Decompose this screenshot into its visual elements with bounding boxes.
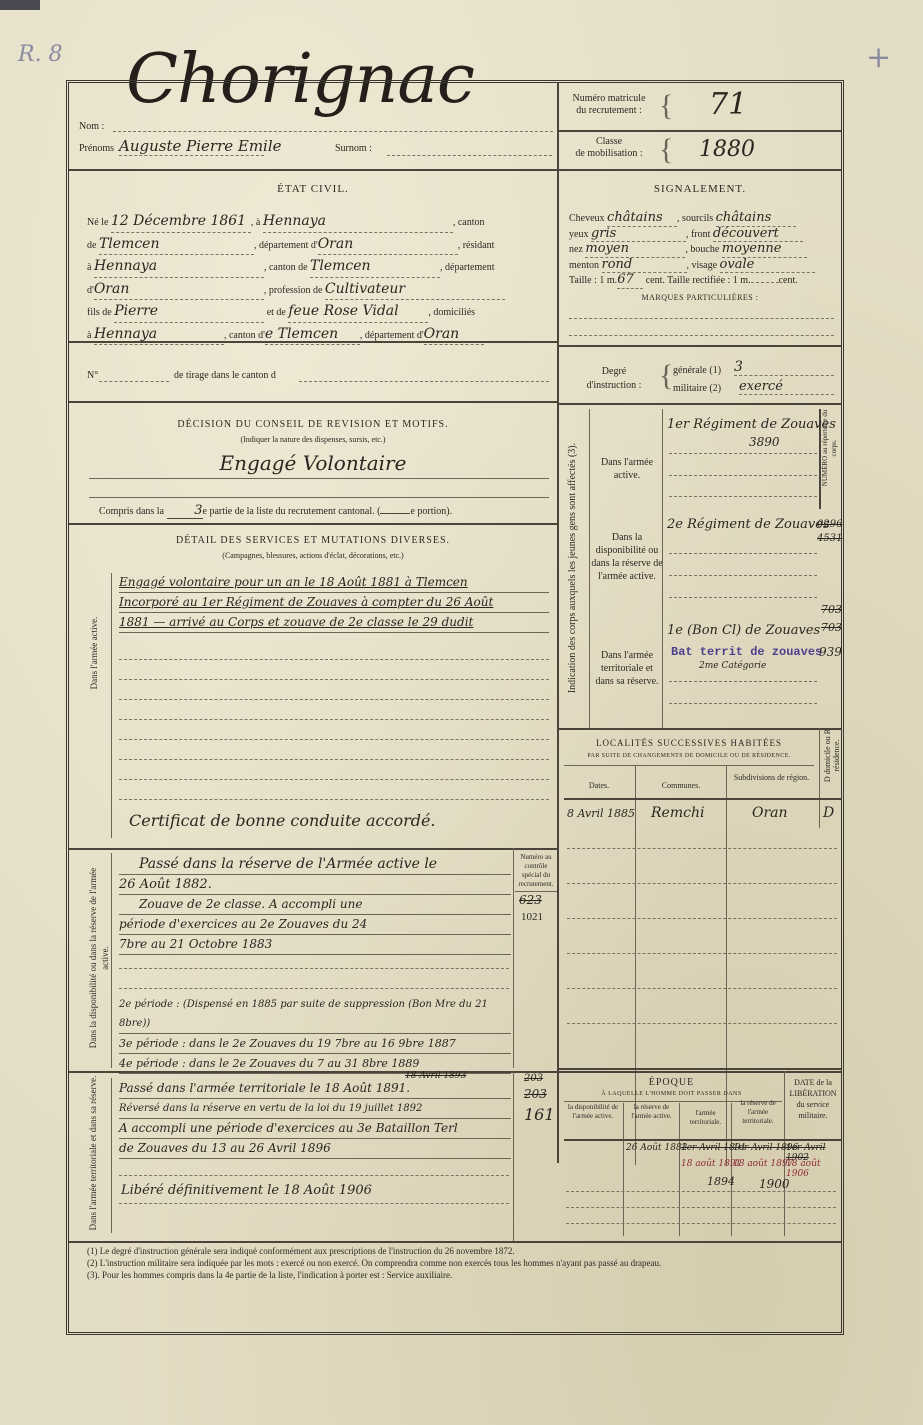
corps-vertical-title: Indication des corps auxquels les jeunes…: [567, 413, 578, 723]
services-reserve-line: Passé dans la réserve de l'Armée active …: [119, 855, 511, 875]
localites-empty-row: [567, 918, 837, 919]
de-label: de: [87, 240, 96, 251]
corps-territoriale-note: 2me Catégorie: [699, 661, 766, 671]
tirage-bottom-rule: [69, 401, 557, 403]
services-active-bottom-rule: [69, 848, 557, 850]
residant-label: , résidant: [458, 240, 495, 251]
front-value: découvert: [713, 227, 803, 243]
pere-value: Pierre: [114, 301, 264, 323]
signalement-body: Cheveux châtains, sourcils châtains yeux…: [569, 211, 839, 289]
header-bottom-rule: [69, 169, 841, 171]
etat-civil-line-4: d'Oran, profession de Cultivateur: [87, 279, 553, 302]
etat-civil-title: ÉTAT CIVIL.: [69, 183, 557, 195]
services-line: [119, 699, 549, 700]
tirage-number-field: [99, 381, 169, 382]
cent-label: cent.: [779, 275, 798, 286]
corps-territoriale-stamp: Bat territ de zouaves: [671, 645, 822, 659]
sourcils-value: châtains: [716, 211, 796, 227]
cheveux-label: Cheveux: [569, 213, 605, 224]
dom-canton-label: , canton d': [224, 330, 265, 341]
services-territoriale-line: de Zouaves du 13 au 26 Avril 1896: [119, 1139, 511, 1159]
signalement-title: SIGNALEMENT.: [559, 183, 841, 195]
taille-value: 67: [617, 273, 643, 289]
localites-empty-row: [567, 848, 837, 849]
services-reserve-line: période d'exercices au 2e Zouaves du 24: [119, 915, 511, 935]
localites-empty-row: [567, 953, 837, 954]
matricule-label-line2: du recrutement :: [576, 105, 642, 116]
menton-label: menton: [569, 260, 599, 271]
taille-rectifiee-label: cent. Taille rectifiée : 1 m.: [646, 275, 751, 286]
prenoms-value: Auguste Pierre Emile: [119, 137, 282, 155]
epoque-subtitle: À LAQUELLE L'HOMME DOIT PASSER DANS: [559, 1091, 784, 1097]
etat-civil-line-1: Né le 12 Décembre 1861, à Hennaya, canto…: [87, 211, 553, 234]
instruction-generale-value: 3: [734, 359, 834, 376]
signalement-line-5: Taille : 1 m.67 cent. Taille rectifiée :…: [569, 273, 839, 289]
corps-reserve-line: [669, 575, 817, 576]
localites-col-communes: Communes.: [636, 781, 726, 790]
corps-territoriale-line: [669, 681, 817, 682]
corps-reserve-label: Dans la disponibilité ou dans la réserve…: [591, 531, 663, 583]
compris-label: Compris dans la: [99, 506, 164, 517]
corps-reserve-line: [669, 597, 817, 598]
mere-value: feue Rose Vidal: [288, 301, 428, 323]
date-liberation-title: DATE de la LIBÉRATION du service militai…: [785, 1077, 841, 1121]
numero-controle-1: 623: [519, 893, 542, 907]
localites-subdivision: Oran: [752, 805, 788, 821]
canton-label: , canton: [453, 217, 485, 228]
territoriale-number-1: 203: [524, 1073, 543, 1084]
services-active-lines: Engagé volontaire pour un an le 18 Août …: [119, 573, 549, 633]
corps-reserve-number-2: 4531: [817, 533, 842, 544]
corps-divider: [589, 409, 590, 729]
footnote-1: (1) Le degré d'instruction générale sera…: [87, 1245, 837, 1257]
bouche-value: moyenne: [722, 242, 807, 258]
instruction-label: Degréd'instruction :: [574, 365, 654, 393]
epoque-line: [566, 1223, 836, 1224]
surnom-field: [387, 155, 552, 156]
matricule-value: 71: [709, 87, 747, 122]
footnotes-top-rule: [69, 1241, 841, 1243]
services-line: [119, 968, 509, 969]
epoque-title: ÉPOQUE: [559, 1077, 784, 1088]
services-line: [119, 759, 549, 760]
libere-definitivement: Libéré définitivement le 18 Août 1906: [121, 1183, 372, 1198]
corps-active-line: [669, 453, 817, 454]
bouche-label: , bouche: [685, 244, 719, 255]
signalement-line-1: Cheveux châtains, sourcils châtains: [569, 211, 839, 227]
services-territoriale-line: Passé dans l'armée territoriale le 18 Ao…: [119, 1079, 511, 1099]
corps-reserve-line: [669, 553, 817, 554]
services-active-line: Engagé volontaire pour un an le 18 Août …: [119, 573, 549, 593]
localites-rule: [564, 765, 814, 766]
territoriale-number-3: 161: [524, 1105, 555, 1124]
registry-form: Nom : Prénoms Auguste Pierre Emile Surno…: [66, 80, 844, 1335]
decision-line-1: [89, 478, 549, 479]
classe-label-line2: de mobilisation :: [575, 148, 642, 159]
taille-label: Taille : 1 m.: [569, 275, 617, 286]
ne-le-label: Né le: [87, 217, 108, 228]
services-line: [119, 659, 549, 660]
localites-bottom-rule: [559, 1068, 841, 1070]
dom-a-label: à: [87, 330, 91, 341]
decision-value: Engagé Volontaire: [69, 451, 557, 475]
services-territoriale-line: Réversé dans la réserve en vertu de la l…: [119, 1099, 511, 1119]
visage-value: ovale: [720, 258, 815, 274]
corps-territoriale-line: [669, 703, 817, 704]
periode-line: 2e période : (Dispensé en 1885 par suite…: [119, 995, 511, 1034]
services-line: [119, 988, 509, 989]
localites-header-rule: [564, 798, 841, 800]
a-label: , à: [251, 217, 260, 228]
yeux-value: gris: [591, 227, 686, 243]
residant-value: Hennaya: [94, 256, 264, 278]
front-label: , front: [686, 229, 710, 240]
departement2-prefix: d': [87, 285, 94, 296]
footnote-3: (3). Pour les hommes compris dans la 4e …: [87, 1269, 837, 1281]
corps-active-label: Dans l'armée active.: [591, 456, 663, 482]
marques-title: MARQUES PARTICULIÈRES :: [559, 293, 841, 302]
epoque-col-disponibilite: la disponibilité de l'armée active.: [563, 1103, 623, 1121]
localites-empty-row: [567, 1023, 837, 1024]
classe-value: 1880: [699, 137, 755, 162]
compris-value: 3: [167, 503, 203, 519]
corps-territoriale-value: 1e (Bon Cl) de Zouaves: [667, 623, 820, 638]
services-territoriale-side-label: Dans l'armée territoriale et dans sa rés…: [87, 1073, 99, 1233]
services-line: [119, 799, 549, 800]
brace: {: [659, 89, 673, 123]
ne-le-value: 12 Décembre 1861: [111, 211, 251, 233]
services-active-bracket: [111, 573, 112, 838]
prenoms-field: [119, 155, 264, 156]
corps-territoriale-label: Dans l'armée territoriale et dans sa rés…: [591, 649, 663, 688]
profession-label: , profession de: [264, 285, 323, 296]
margin-note-right: +: [866, 40, 891, 75]
services-title: DÉTAIL DES SERVICES ET MUTATIONS DIVERSE…: [69, 535, 557, 546]
localites-col-dates: Dates.: [564, 781, 634, 790]
dr-label: D domicile ou R résidence.: [823, 728, 841, 783]
scan-edge: [0, 0, 40, 10]
services-reserve-line: Zouave de 2e classe. A accompli une: [119, 895, 511, 915]
canton2-value: Tlemcen: [310, 256, 440, 278]
numero-controle-divider: [513, 848, 514, 1068]
footnote-2: (2) L'instruction militaire sera indiqué…: [87, 1257, 837, 1269]
signalement-line-3: nez moyen, bouche moyenne: [569, 242, 839, 258]
numero-controle-rule: [515, 891, 557, 892]
epoque-header-rule: [564, 1139, 841, 1141]
classe-label: Classede mobilisation :: [564, 136, 654, 160]
mere-label: et de: [267, 307, 286, 318]
departement-label: , département d': [254, 240, 318, 251]
matricule-label-line1: Numéro matricule: [572, 93, 645, 104]
corps-active-line: [669, 496, 817, 497]
instruction-militaire-value: exercé: [739, 379, 834, 395]
decision-bottom-rule: [69, 523, 557, 525]
header-divider: [559, 130, 841, 132]
numero-controle-label: Numéro au contrôle spécial du recrutemen…: [515, 853, 557, 889]
nez-label: nez: [569, 244, 583, 255]
services-subtitle: (Campagnes, blessures, actions d'éclat, …: [69, 551, 557, 560]
decision-line-2: [89, 497, 549, 498]
epoque-col-reserve-territoriale: la réserve de l'armée territoriale.: [732, 1099, 784, 1126]
corps-territoriale-number-3: 939: [819, 645, 842, 659]
localites-empty-row: [567, 988, 837, 989]
main-column-divider: [557, 83, 559, 1163]
numero-controle-2: 1021: [521, 911, 543, 923]
nez-value: moyen: [585, 242, 685, 258]
localites-title: LOCALITÉS SUCCESSIVES HABITÉES: [559, 738, 819, 748]
departement-value: Oran: [318, 234, 458, 256]
localites-empty-row: [567, 883, 837, 884]
epoque-col-territoriale: l'armée territoriale.: [680, 1109, 731, 1127]
corps-active-line: [669, 475, 817, 476]
corps-territoriale-number-1: 703: [821, 603, 842, 616]
epoque-reserve-active-value: 26 Août 1882: [626, 1143, 687, 1153]
nom-field: [113, 131, 553, 132]
corps-active-value: 1er Régiment de Zouaves: [667, 417, 836, 432]
certificat-bonne-conduite: Certificat de bonne conduite accordé.: [129, 811, 436, 830]
corps-territoriale-number-2: 703: [821, 621, 842, 634]
epoque-territoriale-new: 1894: [707, 1175, 735, 1188]
services-line: [119, 679, 549, 680]
etat-civil-bottom-rule: [69, 341, 557, 343]
instruction-generale-label: générale (1): [673, 365, 721, 376]
corps-bottom-rule: [559, 728, 841, 730]
services-reserve-side-label: Dans la disponibilité ou dans la réserve…: [87, 858, 111, 1058]
compris-label-2: e partie de la liste du recrutement cant…: [203, 506, 381, 517]
fils-label: fils de: [87, 307, 112, 318]
tirage-canton-label: de tirage dans le canton d: [174, 370, 276, 381]
localites-commune: Remchi: [651, 805, 704, 821]
portion-label: e portion).: [410, 506, 452, 517]
services-line: [119, 1175, 509, 1176]
compris-row: Compris dans la 3e partie de la liste du…: [99, 503, 452, 519]
departement2-value: Oran: [94, 279, 264, 301]
services-line: [119, 719, 549, 720]
epoque-col-divider: [623, 1103, 624, 1236]
portion-field: [380, 513, 410, 514]
surnom-label: Surnom :: [335, 143, 372, 154]
corps-reserve-number-1: 0296: [817, 519, 842, 530]
services-line: [119, 779, 549, 780]
margin-note-left: R. 8: [18, 42, 63, 67]
services-reserve-line: 26 Août 1882.: [119, 875, 511, 895]
corps-reserve-value: 2e Régiment de Zouaves: [667, 517, 830, 532]
periode-line: 3e période : dans le 2e Zouaves du 19 7b…: [119, 1034, 511, 1054]
profession-value: Cultivateur: [325, 279, 505, 301]
decision-title: DÉCISION DU CONSEIL DE REVISION ET MOTIF…: [69, 419, 557, 430]
epoque-reserve-terr-red: 18 août 1897: [733, 1159, 793, 1169]
localites-col-divider: [726, 765, 727, 1165]
epoque-line: [566, 1191, 836, 1192]
localites-date: 8 Avril 1885: [567, 807, 635, 820]
a-value: Hennaya: [263, 211, 453, 233]
cheveux-value: châtains: [607, 211, 677, 227]
services-active-line: 1881 — arrivé au Corps et zouave de 2e c…: [119, 613, 549, 633]
etat-civil-body: Né le 12 Décembre 1861, à Hennaya, canto…: [87, 211, 553, 346]
services-reserve-bracket: [111, 853, 112, 1068]
tirage-canton-field: [299, 381, 549, 382]
territoriale-number-divider: [513, 1071, 514, 1241]
canton2-label: , canton de: [264, 262, 308, 273]
prenoms-label: Prénoms: [79, 143, 114, 154]
brace: {: [659, 359, 673, 393]
matricule-label: Numéro matriculedu recrutement :: [564, 93, 654, 117]
marques-line-1: [569, 318, 834, 319]
domicilies-label: , domiciliés: [428, 307, 475, 318]
marques-line-2: [569, 335, 834, 336]
services-active-side-label: Dans l'armée active.: [89, 563, 99, 743]
yeux-label: yeux: [569, 229, 588, 240]
residant-a-label: à: [87, 262, 91, 273]
services-reserve-lines: Passé dans la réserve de l'Armée active …: [119, 855, 511, 955]
instruction-label-2: d'instruction :: [587, 380, 642, 391]
footnotes: (1) Le degré d'instruction générale sera…: [87, 1245, 837, 1281]
services-line: [119, 739, 549, 740]
visage-label: , visage: [687, 260, 718, 271]
localites-subtitle: PAR SUITE DE CHANGEMENTS DE DOMICILE OU …: [559, 753, 819, 759]
localites-dr: D: [823, 805, 834, 821]
etat-civil-line-2: de Tlemcen, département d'Oran, résidant: [87, 234, 553, 257]
taille-rectifiee-value: [751, 282, 779, 283]
sourcils-label: , sourcils: [677, 213, 713, 224]
etat-civil-line-3: à Hennaya, canton de Tlemcen, départemen…: [87, 256, 553, 279]
epoque-liberation-red: 18 août 1906: [786, 1159, 841, 1179]
signalement-line-2: yeux gris, front découvert: [569, 227, 839, 243]
instruction-bottom-rule: [559, 403, 841, 405]
services-reserve-line: 7bre au 21 Octobre 1883: [119, 935, 511, 955]
canton-value: Tlemcen: [99, 234, 254, 256]
epoque-line: [566, 1207, 836, 1208]
territoriale-number-2: 203: [524, 1087, 547, 1101]
brace: {: [659, 133, 673, 167]
services-territoriale-lines: Passé dans l'armée territoriale le 18 Ao…: [119, 1079, 511, 1159]
services-territoriale-line: A accompli une période d'exercices au 3e…: [119, 1119, 511, 1139]
epoque-col-reserve-active: la réserve de l'armée active.: [624, 1103, 679, 1121]
menton-value: rond: [602, 258, 687, 274]
signalement-bottom-rule: [559, 345, 841, 347]
localites-col-subdivisions: Subdivisions de région.: [729, 773, 814, 783]
instruction-militaire-label: militaire (2): [673, 383, 721, 394]
corps-active-number: 3890: [749, 435, 780, 449]
departement2-label: , département: [440, 262, 494, 273]
nom-label: Nom :: [79, 121, 104, 132]
etat-civil-line-5: fils de Pierre et de feue Rose Vidal, do…: [87, 301, 553, 324]
services-territoriale-bracket: [111, 1078, 112, 1233]
decision-subtitle: (Indiquer la nature des dispenses, sursi…: [69, 435, 557, 444]
instruction-label-1: Degré: [602, 366, 626, 377]
services-line: [119, 1203, 509, 1204]
classe-label-line1: Classe: [596, 136, 622, 147]
epoque-reserve-terr-new: 1900: [759, 1177, 790, 1191]
signalement-line-4: menton rond, visage ovale: [569, 258, 839, 274]
tirage-number-label: N°: [87, 370, 98, 381]
dom-dep-label: , département d': [360, 330, 424, 341]
dr-column-divider: [819, 728, 820, 828]
services-active-line: Incorporé au 1er Régiment de Zouaves à c…: [119, 593, 549, 613]
periodes-list: 2e période : (Dispensé en 1885 par suite…: [119, 995, 511, 1074]
